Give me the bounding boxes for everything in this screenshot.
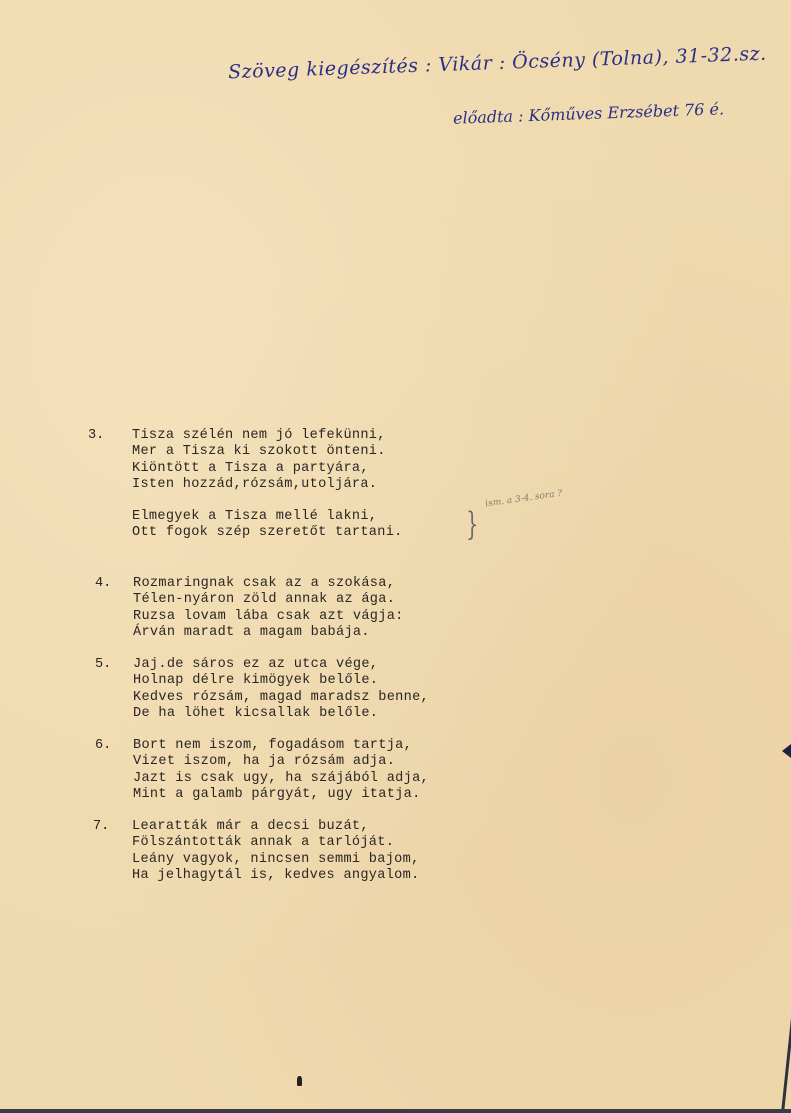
verse-line: Ott fogok szép szeretőt tartani. bbox=[132, 525, 403, 540]
stanza-7-text: Learatták már a decsi buzát, Fölszántott… bbox=[132, 819, 420, 884]
stanza-number: 7. bbox=[93, 819, 109, 834]
verse-line: Elmegyek a Tisza mellé lakni, bbox=[132, 509, 377, 524]
stanza-number: 4. bbox=[95, 576, 111, 591]
verse-line: Ha jelhagytál is, kedves angyalom. bbox=[132, 868, 420, 883]
verse-line: Télen-nyáron zöld annak az ága. bbox=[133, 592, 395, 607]
page-edge-marker-icon bbox=[782, 744, 791, 758]
stanza-number: 5. bbox=[95, 657, 111, 672]
stanza-3-text: Tisza szélén nem jó lefekünni, Mer a Tis… bbox=[132, 428, 386, 493]
stanza-5-text: Jaj.de sáros ez az utca vége, Holnap dél… bbox=[133, 657, 429, 722]
ink-smudge bbox=[297, 1076, 302, 1086]
margin-note: ism. a 3-4. sora ? bbox=[485, 489, 563, 510]
verse-line: Jazt is csak ugy, ha szájából adja, bbox=[133, 771, 429, 786]
stanza-4-text: Rozmaringnak csak az a szokása, Télen-ny… bbox=[133, 576, 404, 641]
document-page: Szöveg kiegészítés : Vikár : Öcsény (Tol… bbox=[0, 0, 791, 1113]
verse-line: Vizet iszom, ha ja rózsám adja. bbox=[133, 754, 395, 769]
verse-line: Rozmaringnak csak az a szokása, bbox=[133, 576, 395, 591]
verse-line: Kedves rózsám, magad maradsz benne, bbox=[133, 690, 429, 705]
verse-line: Fölszántották annak a tarlóját. bbox=[132, 835, 394, 850]
verse-line: Holnap délre kimögyek belőle. bbox=[133, 673, 378, 688]
verse-line: Jaj.de sáros ez az utca vége, bbox=[133, 657, 378, 672]
page-edge-bottom bbox=[0, 1109, 791, 1113]
verse-line: Ruzsa lovam lába csak azt vágja: bbox=[133, 609, 404, 624]
stanza-number: 3. bbox=[88, 428, 104, 443]
handwritten-header-source: Szöveg kiegészítés : Vikár : Öcsény (Tol… bbox=[228, 43, 767, 84]
verse-line: Árván maradt a magam babája. bbox=[133, 625, 370, 640]
verse-line: Mer a Tisza ki szokott önteni. bbox=[132, 444, 386, 459]
verse-line: De ha löhet kicsallak belőle. bbox=[133, 706, 378, 721]
stanza-3-extra-lines: Elmegyek a Tisza mellé lakni, Ott fogok … bbox=[132, 509, 403, 542]
verse-line: Mint a galamb párgyát, ugy itatja. bbox=[133, 787, 421, 802]
verse-line: Isten hozzád,rózsám,utoljára. bbox=[132, 477, 377, 492]
stanza-number: 6. bbox=[95, 738, 111, 753]
stanza-6-text: Bort nem iszom, fogadásom tartja, Vizet … bbox=[133, 738, 429, 803]
handwritten-header-performer: előadta : Kőműves Erzsébet 76 é. bbox=[453, 99, 725, 127]
verse-line: Bort nem iszom, fogadásom tartja, bbox=[133, 738, 412, 753]
verse-line: Kiöntött a Tisza a partyára, bbox=[132, 461, 369, 476]
verse-line: Leány vagyok, nincsen semmi bajom, bbox=[132, 852, 420, 867]
page-edge-right bbox=[781, 980, 791, 1113]
verse-line: Tisza szélén nem jó lefekünni, bbox=[132, 428, 386, 443]
verse-line: Learatták már a decsi buzát, bbox=[132, 819, 369, 834]
brace-mark: } bbox=[466, 505, 478, 543]
